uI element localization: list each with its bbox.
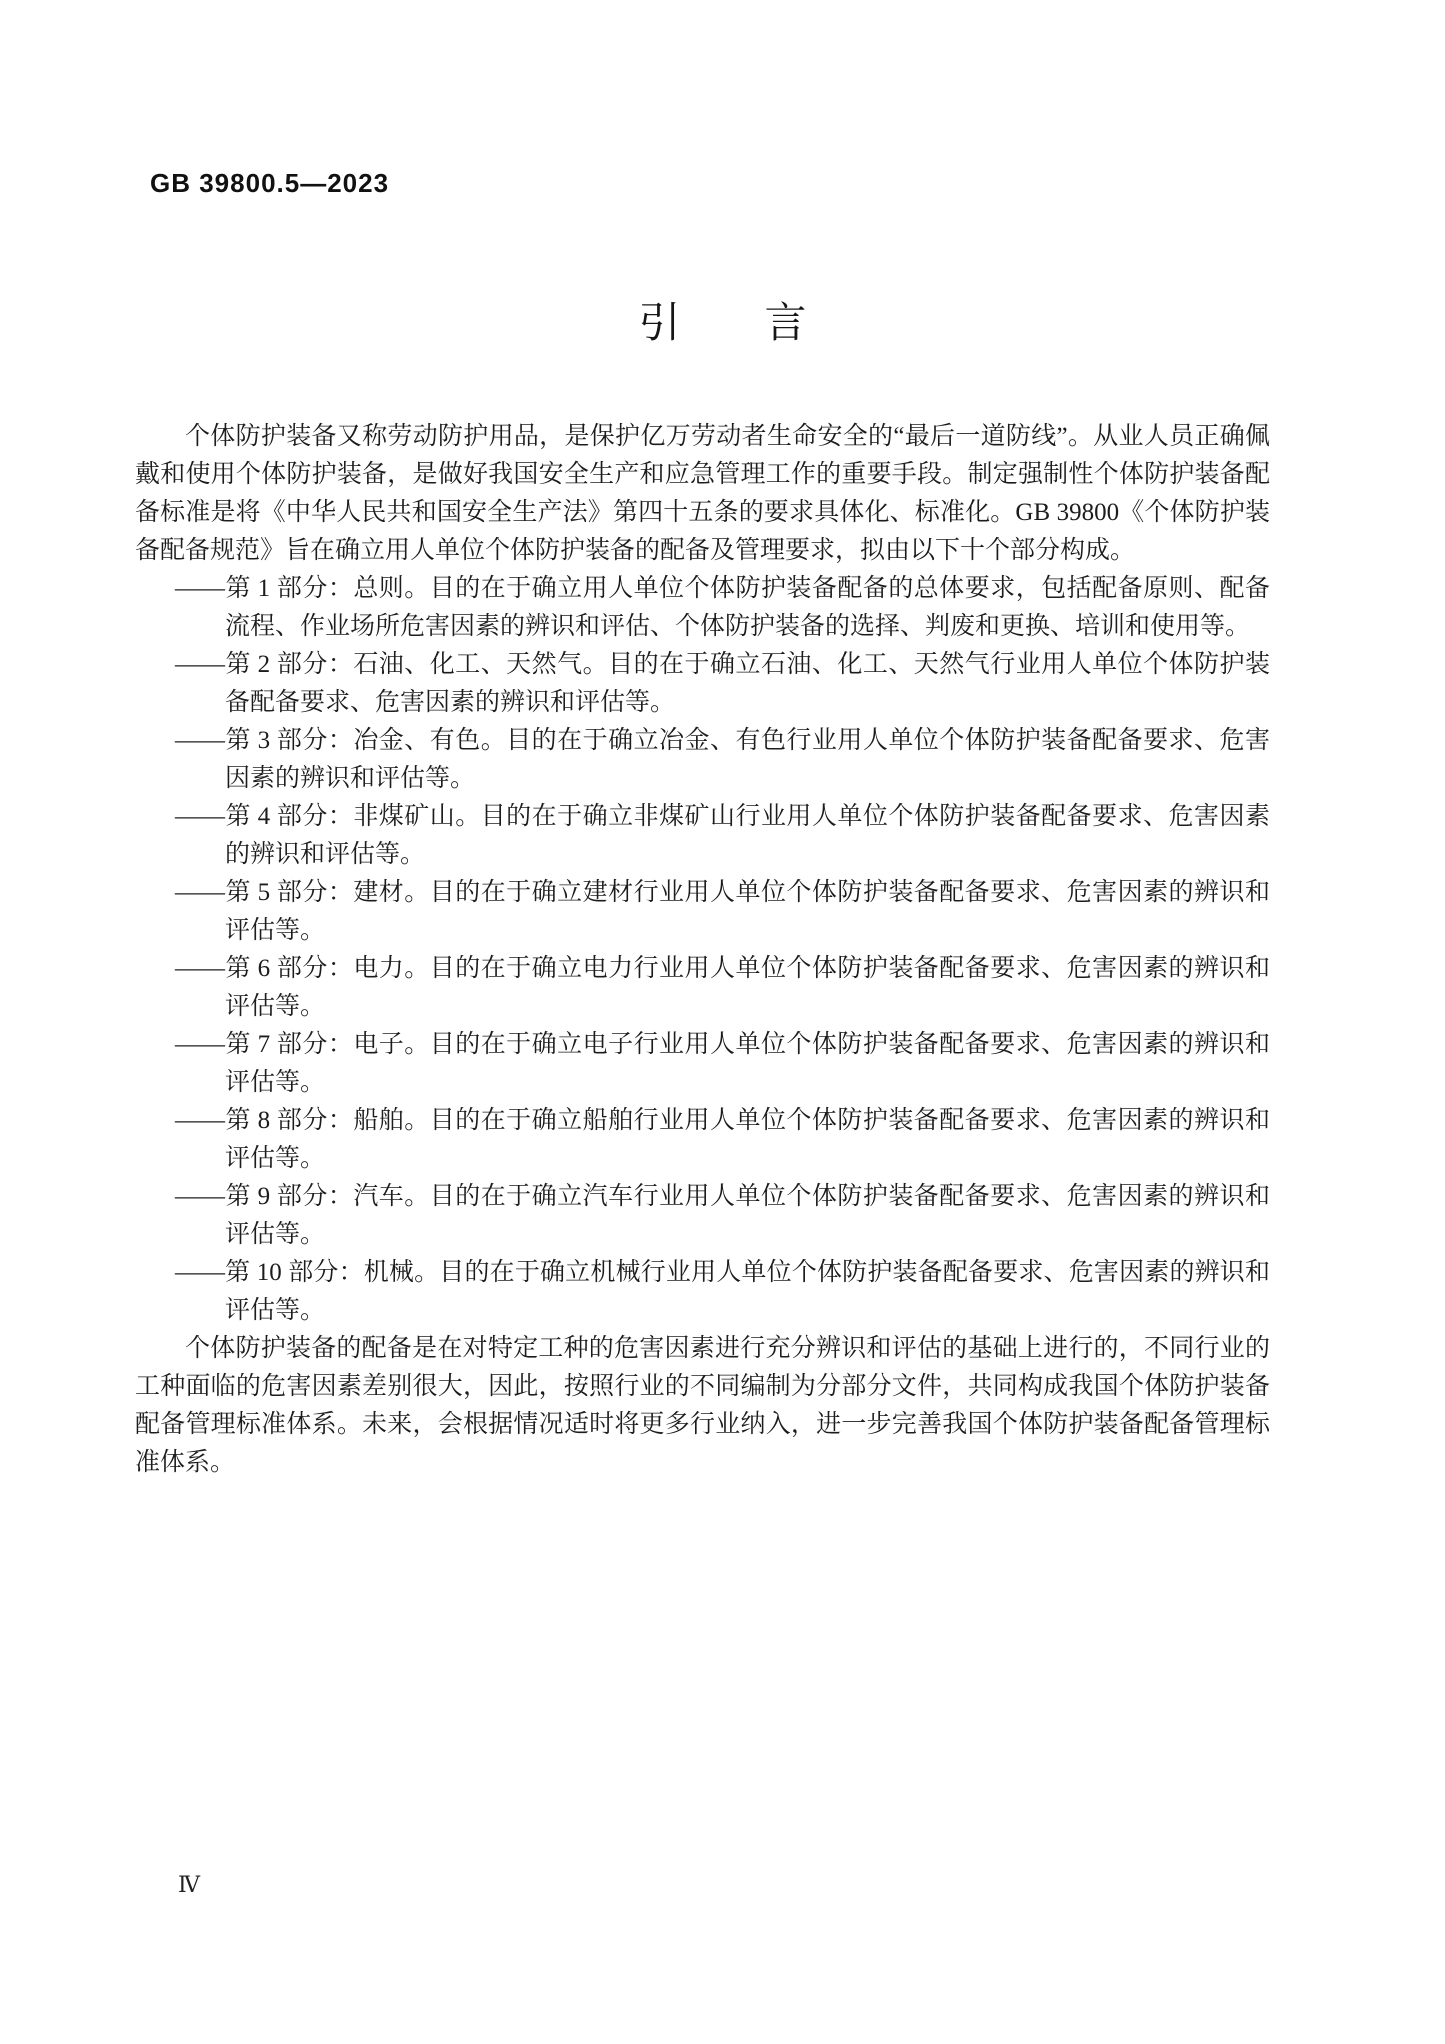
part-item-10: ——第 10 部分：机械。目的在于确立机械行业用人单位个体防护装备配备要求、危害… <box>135 1254 1270 1330</box>
part-item-9: ——第 9 部分：汽车。目的在于确立汽车行业用人单位个体防护装备配备要求、危害因… <box>135 1178 1270 1254</box>
standard-number: GB 39800.5—2023 <box>150 168 389 199</box>
page-title: 引 言 <box>0 290 1445 350</box>
part-item-5: ——第 5 部分：建材。目的在于确立建材行业用人单位个体防护装备配备要求、危害因… <box>135 874 1270 950</box>
intro-paragraph: 个体防护装备又称劳动防护用品，是保护亿万劳动者生命安全的“最后一道防线”。从业人… <box>135 418 1270 570</box>
part-item-4: ——第 4 部分：非煤矿山。目的在于确立非煤矿山行业用人单位个体防护装备配备要求… <box>135 798 1270 874</box>
document-page: GB 39800.5—2023 引 言 个体防护装备又称劳动防护用品，是保护亿万… <box>0 0 1445 2044</box>
page-number: Ⅳ <box>178 1872 200 1898</box>
document-body: 个体防护装备又称劳动防护用品，是保护亿万劳动者生命安全的“最后一道防线”。从业人… <box>135 418 1270 1482</box>
closing-paragraph: 个体防护装备的配备是在对特定工种的危害因素进行充分辨识和评估的基础上进行的，不同… <box>135 1330 1270 1482</box>
part-item-2: ——第 2 部分：石油、化工、天然气。目的在于确立石油、化工、天然气行业用人单位… <box>135 646 1270 722</box>
part-item-8: ——第 8 部分：船舶。目的在于确立船舶行业用人单位个体防护装备配备要求、危害因… <box>135 1102 1270 1178</box>
part-item-7: ——第 7 部分：电子。目的在于确立电子行业用人单位个体防护装备配备要求、危害因… <box>135 1026 1270 1102</box>
part-item-3: ——第 3 部分：冶金、有色。目的在于确立冶金、有色行业用人单位个体防护装备配备… <box>135 722 1270 798</box>
part-item-1: ——第 1 部分：总则。目的在于确立用人单位个体防护装备配备的总体要求，包括配备… <box>135 570 1270 646</box>
part-item-6: ——第 6 部分：电力。目的在于确立电力行业用人单位个体防护装备配备要求、危害因… <box>135 950 1270 1026</box>
